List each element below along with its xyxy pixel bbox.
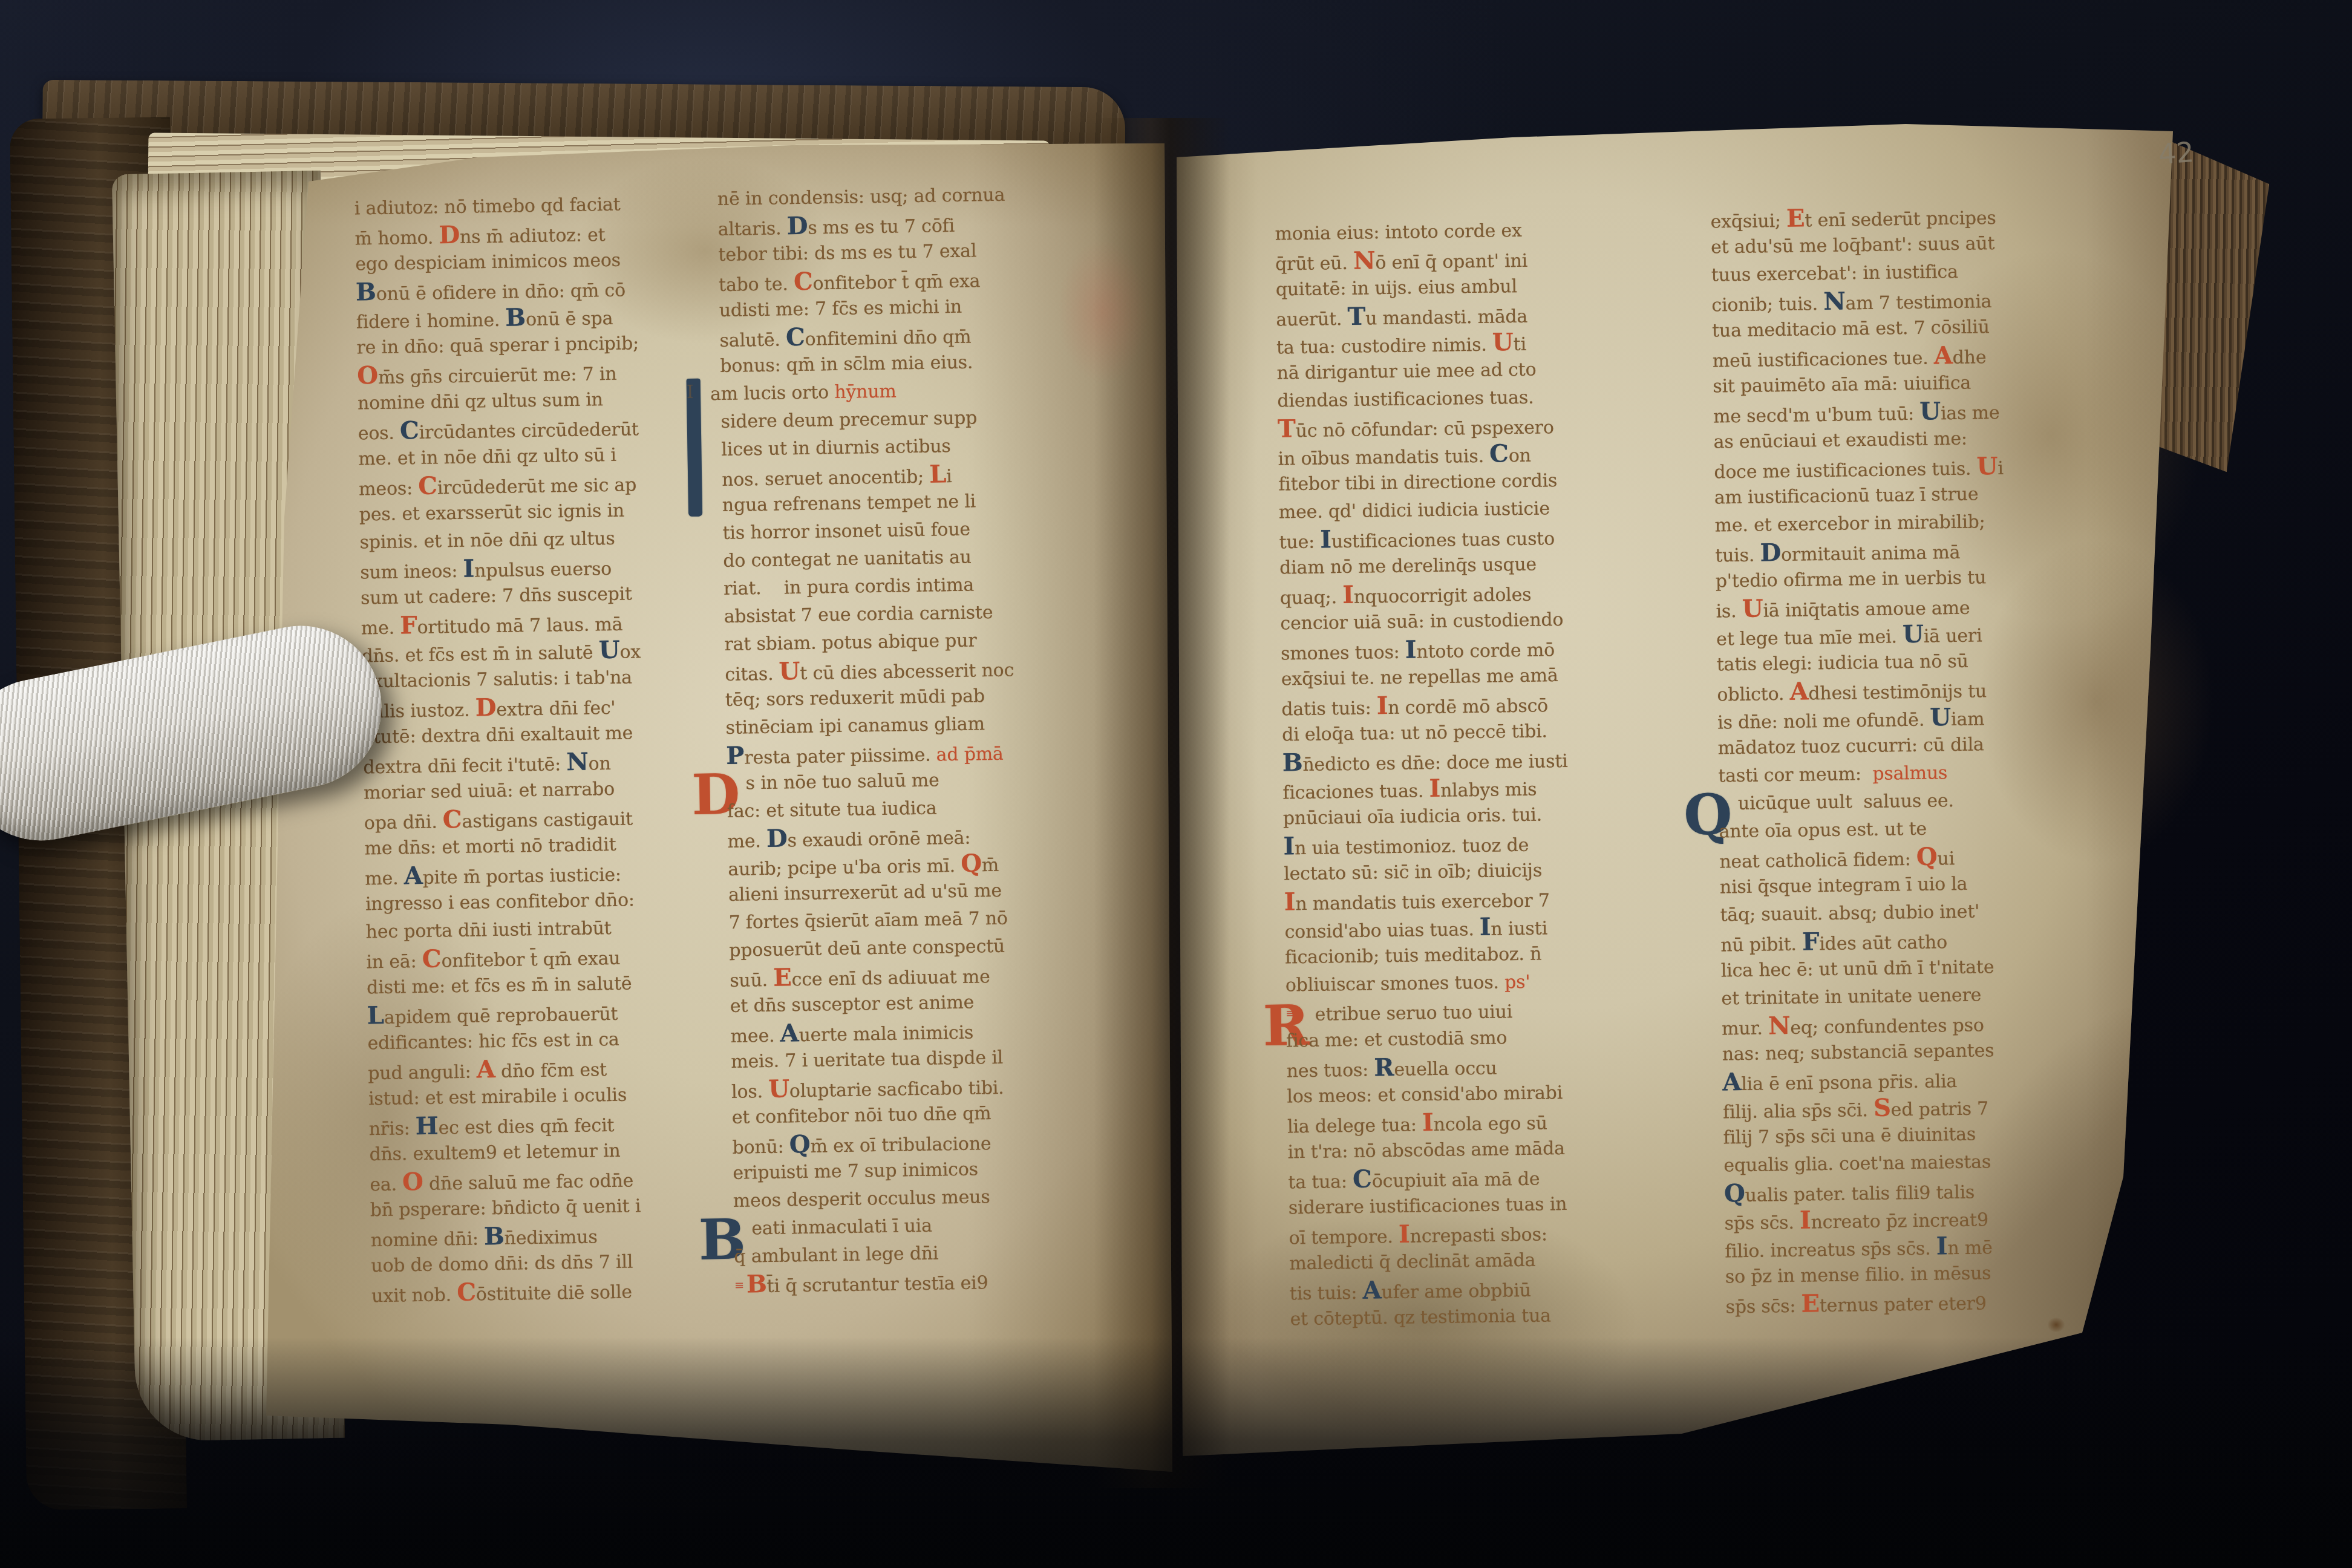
text-run: eati inmaculati ī uia (751, 1215, 932, 1240)
text-run: oī tempore. (1289, 1226, 1399, 1249)
text-run: mee. (730, 1025, 780, 1047)
text-run: opa dn̄i. (364, 811, 443, 834)
text-run: dn̄s. et fc̄s est m̄ in salutē (361, 642, 599, 667)
text-run: ufer ame obpbiū (1381, 1280, 1531, 1303)
text-run: citas. (725, 664, 779, 685)
text-run: on (1509, 445, 1531, 467)
text-run: bonū: (732, 1136, 789, 1158)
text-run: iā iniq̄tatis amoue ame (1763, 598, 1970, 622)
text-run: ngua refrenans tempet ne li (722, 491, 976, 516)
versal-initial: R (1374, 1053, 1394, 1082)
versal-initial: Q (961, 849, 982, 878)
versal-initial: B (746, 1270, 767, 1299)
right-page-column-1: monia eius: intoto corde exq̄rūt eū. Nō … (1275, 215, 1681, 1334)
text-run: m̄ homo. (354, 227, 439, 249)
text-run: siderare iustificaciones tuas in (1289, 1194, 1567, 1218)
versal-initial: H (416, 1112, 439, 1141)
text-run: ternus pater eter9 (1820, 1293, 1987, 1316)
versal-initial: D (766, 824, 788, 853)
versal-initial: D (475, 693, 496, 722)
versal-initial: U (598, 636, 619, 665)
versal-initial: N (1823, 287, 1846, 316)
text-run: me. (727, 831, 766, 852)
text-run: alieni insurrexerūt ad u'sū me (728, 880, 1002, 906)
versal-initial: T (1347, 302, 1365, 331)
text-run: me. (365, 867, 404, 889)
versal-initial: C (418, 471, 437, 500)
versal-initial: A (1789, 677, 1808, 705)
text-run: iā ueri (1924, 625, 1982, 647)
text-run: pnūciaui oīa iudicia oris. tui. (1283, 805, 1542, 829)
text-run: ea. (370, 1174, 402, 1196)
text-run: exultacionis 7 salutis: i tab'na (362, 667, 632, 692)
text-run: nisi q̄sque integram ī uio la (1720, 874, 1968, 898)
versal-initial: I (1429, 774, 1440, 803)
versal-initial: C (1353, 1165, 1372, 1194)
text-run: n̄ediximus (504, 1226, 597, 1249)
text-run: los meos: et consid'abo mirabi (1287, 1082, 1563, 1107)
text-run: absistat 7 eue cordia carniste (724, 602, 993, 627)
text-run: ustificaciones tuas custo (1331, 528, 1555, 552)
text-run: monia eius: intoto corde ex (1275, 220, 1522, 245)
versal-initial: E (1801, 1289, 1820, 1318)
text-run: i (1998, 458, 2004, 479)
text-run: filio. increatus sp̄s sc̄s. (1725, 1238, 1936, 1263)
text-run: ircūdantes circūdederūt (419, 419, 639, 443)
text-run: ortitudo mā 7 laus. mā (417, 614, 622, 638)
versal-initial: C (457, 1278, 476, 1307)
text-run: exq̄siui; (1710, 211, 1786, 233)
text-run: tuis. (1715, 545, 1760, 567)
versal-initial: Q (1916, 842, 1937, 871)
text-run: stinēciam ipi canamus gliam (725, 713, 985, 739)
text-run: cionib; tuis. (1711, 293, 1823, 316)
text-run: nas: neq; substanciā sepantes (1722, 1040, 1994, 1065)
text-run: ego despiciam inimicos meos (355, 250, 621, 275)
text-run: uob de domo dn̄i: ds dn̄s 7 ill (371, 1252, 633, 1277)
text-run: do contegat ne uanitatis au (723, 547, 972, 572)
text-run: apidem quē reprobauerūt (384, 1004, 618, 1028)
text-run: dn̄s. exultem9 et letemur in (369, 1140, 621, 1166)
versal-initial: U (779, 657, 800, 686)
text-run: ormitauit anima mā (1781, 542, 1961, 566)
versal-initial: I (1342, 581, 1354, 609)
text-run: nes tuos: (1287, 1059, 1374, 1082)
photo-scene: i adiutoz: nō timebo qd faciatm̄ homo. D… (0, 0, 2352, 1568)
text-run: tue: (1279, 532, 1320, 554)
text-run: nlabys mis (1440, 779, 1537, 802)
text-run: 7 fortes q̄sierūt aīam meā 7 nō (728, 908, 1008, 933)
rubric: ad p̄mā (936, 743, 1004, 766)
text-run: ox (619, 641, 641, 663)
text-run: ed patris 7 (1890, 1098, 1988, 1120)
text-run: et trinitate in unitate uenere (1721, 984, 1981, 1009)
text-run: moriar sed uiuā: et narrabo (364, 779, 615, 804)
text-run: me. et in nōe dn̄i qz ulto sū i (358, 445, 616, 470)
text-run: ūc nō cōfundar: cū pspexero (1295, 417, 1554, 442)
versal-initial: C (443, 805, 462, 834)
text-run: ides aūt catho (1819, 932, 1947, 955)
text-run: dextra dn̄i fecit i'tutē: (363, 754, 566, 778)
text-run: ui (1937, 848, 1955, 869)
text-run: sum ineos: (360, 561, 463, 584)
text-run: on (588, 753, 611, 775)
text-run: mur. (1722, 1018, 1768, 1039)
text-run: diendas iustificaciones tuas. (1277, 387, 1534, 412)
text-run: oluptarie sacficabo tibi. (789, 1077, 1004, 1102)
text-run: npulsus euerso (474, 558, 612, 582)
versal-initial: I (1480, 913, 1491, 941)
folio-number-pencil: 42 (2157, 136, 2195, 171)
text-run: smones tuos: (1281, 642, 1405, 665)
text-run: meis. 7 i ueritate tua dispde il (731, 1047, 1003, 1073)
left-page-column-2: nē in condensis: usq; ad cornuaaltaris. … (717, 180, 1119, 1299)
text-run: resta pater piissime. (744, 745, 936, 769)
text-run: auerūt. (1276, 309, 1348, 331)
text-run: quitatē: in uijs. eius ambul (1276, 276, 1518, 301)
text-run: tabo te. (719, 273, 794, 296)
versal-initial: B (356, 278, 376, 307)
text-run: nomine dn̄i: (370, 1228, 484, 1251)
text-run: ficaciones tuas. (1282, 780, 1429, 803)
versal-initial: N (1353, 246, 1376, 275)
text-run: m̄ ex oī tribulacione (810, 1133, 991, 1157)
versal-initial: A (1722, 1068, 1741, 1096)
text-line: sp̄s sc̄s: Eternus pater eter9 (1725, 1285, 2116, 1319)
text-run: spinis. et in nōe dn̄i qz ultus (359, 528, 615, 554)
text-run: onū ē ofidere in dn̄o: qm̄ cō (376, 280, 626, 305)
text-run: onū ē spa (526, 308, 613, 330)
versal-initial: U (1976, 452, 1998, 480)
text-run: p'tedio ofirma me in uerbis tu (1716, 567, 1987, 592)
versal-initial: I (1800, 1206, 1811, 1234)
text-run: et adu'sū me loq̄bant': suus aūt (1711, 233, 1995, 258)
text-run: ec est dies qm̄ fecit (438, 1115, 614, 1139)
text-run: me secd'm u'bum tuū: (1713, 403, 1920, 428)
versal-initial: D (786, 212, 808, 241)
text-run: am iustificacionū tuaz ī strue (1714, 483, 1979, 508)
text-run: n cordē mō abscō (1388, 695, 1548, 719)
text-run: eq; confundentes pso (1790, 1014, 1984, 1038)
text-run: ante oīa opus est. ut te (1719, 818, 1927, 843)
versal-initial: N (566, 748, 589, 777)
versal-initial: A (403, 861, 423, 890)
versal-initial: C (422, 944, 441, 973)
text-run: fac: et situte tua iudica (727, 798, 937, 822)
text-run: los. (731, 1081, 769, 1103)
text-run: doce me iustificaciones tuis. (1714, 458, 1977, 483)
versal-initial: Q (789, 1130, 810, 1159)
text-run: tēq; sors reduxerit mūdi pab (725, 685, 985, 711)
text-run: in oībus mandatis tuis. (1278, 446, 1489, 470)
right-page-column-2: exq̄siui; Et enī sederūt pncipeset adu's… (1710, 201, 2116, 1319)
rubric: psalmus (1872, 762, 1947, 785)
text-run: in t'ra: nō abscōdas ame māda (1287, 1138, 1565, 1163)
text-run: i adiutoz: nō timebo qd faciat (354, 194, 621, 220)
text-run: ta tua: (1288, 1171, 1353, 1193)
text-run: ti (1513, 334, 1526, 355)
text-run: istud: et est mirabile i oculis (368, 1085, 627, 1110)
text-run: riat. in pura cordis intima (724, 575, 975, 600)
text-run: et lege tua mīe mei. (1716, 626, 1903, 650)
versal-initial: L (367, 1001, 385, 1030)
versal-initial: C (1489, 439, 1509, 468)
text-run: sp̄s sc̄s. (1724, 1212, 1800, 1235)
text-run: lices ut in diurnis actibus (721, 436, 951, 460)
text-run: ias me (1941, 402, 2000, 424)
text-run: altaris. (717, 218, 787, 240)
text-run: udisti me: 7 fc̄s es michi in (719, 296, 962, 321)
text-run: nū pibit. (1720, 934, 1802, 956)
text-run: consid'abo uias tuas. (1284, 919, 1480, 942)
text-run: tis horror insonet uisū foue (722, 519, 970, 544)
versal-initial: C (400, 416, 419, 445)
text-run: ōstituite diē solle (476, 1282, 633, 1305)
text-run: oblicto. (1717, 684, 1790, 706)
text-run: ō enī q̄ opant' ini (1375, 250, 1527, 274)
text-run: quaq;. (1280, 587, 1343, 609)
text-line: et cōteptū. qz testimonia tua (1290, 1300, 1681, 1333)
versal-initial: U (1903, 620, 1924, 648)
text-run: q̄ ambulant in lege dn̄i (734, 1243, 939, 1267)
versal-initial: D (1760, 538, 1781, 567)
versal-initial: I (1320, 525, 1331, 554)
text-run: pud anguli: (368, 1062, 477, 1085)
text-run: uxit nob. (371, 1284, 457, 1307)
text-run: ficacionib; tuis meditaboz. n̄ (1285, 944, 1542, 969)
text-run: fidere i homine. (356, 310, 506, 333)
text-run: bn̄ psperare: bn̄dicto q̄ uenit i (370, 1195, 641, 1221)
text-run: sit pauimēto aīa mā: uiuifica (1713, 373, 1971, 397)
versal-initial: Q (1724, 1179, 1745, 1207)
text-run: neat catholicā fidem: (1719, 849, 1916, 873)
versal-initial: O (402, 1168, 423, 1197)
text-run: lica hec ē: ut unū dm̄ ī t'nitate (1721, 956, 1994, 981)
versal-initial: B (484, 1222, 505, 1251)
versal-initial: B (1282, 748, 1302, 777)
versal-initial: D (439, 221, 460, 250)
text-run: bonus: qm̄ in sc̄lm mia eius. (720, 351, 973, 377)
text-run: n̄edicto es dn̄e: doce me iusti (1302, 751, 1568, 776)
versal-initial: U (768, 1074, 789, 1103)
penwork-flourish: ≡ (734, 1279, 743, 1292)
text-run: aurib; pcipe u'ba oris mī. (728, 855, 961, 880)
text-run: tebor tibi: ds ms es tu 7 exal (718, 240, 976, 266)
text-run: mādatoz tuoz cucurri: cū dila (1717, 734, 1984, 759)
text-run: uerte mala inimicis (799, 1022, 973, 1047)
text-run: dhe (1952, 347, 1986, 368)
versal-initial: L (929, 460, 947, 488)
left-page-column-1: i adiutoz: nō timebo qd faciatm̄ homo. D… (354, 190, 714, 1308)
text-run: lectato sū: sic̄ in oīb; diuicijs (1284, 860, 1542, 885)
text-run: re in dn̄o: quā sperar i pncipib; (356, 333, 639, 358)
text-run: pposuerūt deū ante conspectū (729, 936, 1005, 961)
rubric: hȳnum (834, 381, 897, 403)
text-run: t̄i q̄ scrutantur testīa ei9 (766, 1272, 988, 1297)
text-run: onfitemini dn̄o qm̄ (805, 327, 971, 350)
text-run: cce enī ds adiuuat me (791, 966, 990, 990)
text-run: ncreato p̄z increat9 (1811, 1209, 1988, 1233)
versal-initial: E (1786, 204, 1805, 232)
versal-initial: U (1742, 594, 1763, 622)
text-run: pes. et exarsserūt sic ignis in (359, 500, 625, 526)
text-run: onfitebor t̄ qm̄ exau (441, 948, 620, 972)
versal-initial: A (1362, 1276, 1381, 1304)
text-run: eos. (358, 422, 400, 444)
text-run: m̄s gn̄s circuierūt me: 7 in (378, 364, 617, 388)
versal-initial: I (1284, 887, 1296, 916)
text-run: as enūciaui et exaudisti me: (1713, 428, 1967, 453)
text-run: ircūdederūt me sic ap (437, 474, 637, 498)
text-run: nr̄is: (369, 1118, 416, 1140)
text-run: me. (361, 617, 400, 639)
text-line: uxit nob. Cōstituite diē solle (371, 1275, 714, 1308)
text-run: lia delege tua: (1287, 1114, 1423, 1137)
versal-initial: U (1492, 328, 1514, 356)
text-run: filij 7 sp̄s sc̄i una ē diuinitas (1723, 1124, 1976, 1149)
text-run: euella occu (1394, 1058, 1497, 1080)
text-run: maledicti q̄ declināt amāda (1289, 1250, 1536, 1275)
versal-initial: F (400, 611, 417, 639)
text-run: pite m̄ portas iusticie: (422, 864, 621, 889)
text-run: et confitebor nōi tuo dn̄e qm̄ (732, 1103, 991, 1128)
text-run: dn̄e saluū me fac odn̄e (423, 1171, 634, 1195)
versal-initial: S (1873, 1094, 1891, 1122)
versal-initial: A (476, 1055, 495, 1083)
illuminated-initial: I (687, 379, 703, 517)
text-run: ncrepasti sbos: (1410, 1224, 1547, 1247)
text-run: nquocorrigit adoles (1354, 584, 1532, 608)
text-run: me dn̄s: et morti nō tradidit (364, 834, 616, 860)
text-run: ingresso i eas confitebor dn̄o: (365, 889, 635, 915)
text-run: s ms es tu 7 cōfi (808, 215, 955, 239)
text-run: tāq; suauit. absq; dubio inet' (1720, 901, 1979, 926)
text-run: ōcupiuit aīa mā de (1372, 1169, 1540, 1192)
text-run: sp̄s sc̄s: (1725, 1296, 1801, 1318)
text-run: u mandasti. māda (1365, 306, 1527, 330)
versal-initial: I (1399, 1220, 1410, 1249)
text-run: extra dn̄i fec' (496, 697, 616, 720)
text-run: iam (1951, 708, 1985, 730)
versal-initial: T (1278, 414, 1296, 443)
text-run: me. et exercebor in mirabilib; (1714, 511, 1985, 536)
text-run: tis tuis: (1290, 1282, 1363, 1305)
text-run: nā dirigantur uie mee ad cto (1276, 359, 1536, 384)
versal-initial: U (1919, 397, 1941, 425)
text-run: q̄rūt eū. (1275, 253, 1353, 275)
versal-initial: I (463, 555, 474, 583)
text-run: am lucis orto (710, 382, 835, 405)
text-run: n mē (1947, 1237, 1993, 1259)
text-run: n mandatis tuis exercebor 7 (1295, 890, 1550, 915)
versal-initial: C (794, 267, 813, 296)
text-run: eripuisti me 7 sup inimicos (733, 1159, 978, 1184)
text-run: sidere deum precemur supp (720, 407, 977, 433)
text-run: et cōteptū. qz testimonia tua (1290, 1305, 1551, 1330)
versal-initial: O (357, 361, 378, 390)
versal-initial: U (1930, 703, 1951, 731)
text-run: diam nō me derelinq̄s usque (1279, 554, 1537, 579)
text-run: obliuiscar smones tuos. (1285, 972, 1505, 996)
text-run: exq̄siui te. ne repellas me amā (1281, 665, 1558, 690)
text-run: equalis glia. coet'na maiestas (1723, 1151, 1991, 1176)
text-run: ncola ego sū (1433, 1112, 1547, 1135)
text-run: is. (1716, 601, 1742, 622)
text-run: tuus exercebat': in iustifica (1711, 261, 1958, 286)
versal-initial: I (1422, 1108, 1434, 1137)
text-run: is dn̄e: noli me ofundē. (1717, 710, 1930, 734)
rubric: ps' (1504, 972, 1530, 993)
text-run: astigans castigauit (462, 808, 633, 832)
text-run: mee. qd' didici iudicia iusticie (1279, 498, 1550, 523)
versal-initial: I (1376, 691, 1388, 720)
text-run: meos: (359, 478, 419, 500)
text-run: sum ut cadere: 7 dn̄s suscepit (361, 583, 632, 609)
text-run: onfitebor t̄ qm̄ exa (812, 270, 980, 294)
text-run: ntoto corde mō (1416, 639, 1555, 662)
text-run: fitebor tibi in directione cordis (1278, 470, 1557, 495)
text-run: nē in condensis: usq; ad cornua (717, 185, 1005, 210)
text-run: salutē. (719, 329, 786, 351)
text-run: m̄ (982, 855, 999, 876)
text-run: cencior uiā suā: in custodiendo (1280, 609, 1563, 635)
versal-initial: I (1283, 832, 1295, 860)
text-run: meū iustificaciones tue. (1713, 347, 1935, 371)
text-run: edificantes: hic fc̄s est in ca (367, 1029, 619, 1054)
versal-initial: F (1802, 927, 1820, 956)
text-run: s in nōe tuo saluū me (745, 769, 939, 794)
text-run: n iusti (1491, 918, 1547, 939)
text-run: uicūque uult saluus ee. (1738, 790, 1954, 814)
text-run: dn̄o fc̄m est (495, 1059, 607, 1082)
text-run: suū. (730, 970, 774, 991)
text-run: i (946, 466, 952, 487)
text-run: ns m̄ adiutoz: et (460, 224, 606, 248)
text-run: meos desperit occulus meus (733, 1186, 990, 1212)
versal-initial: A (1933, 341, 1952, 370)
text-run: nos. seruet anocentib; (722, 466, 930, 491)
text-run: tua meditacio mā est. 7 cōsiliū (1712, 316, 1990, 341)
versal-initial: E (773, 963, 792, 991)
versal-initial: C (786, 323, 805, 351)
text-run: i'tutē: dextra dn̄i exaltauit me (362, 722, 633, 748)
versal-initial: I (1405, 635, 1417, 664)
text-run: t cū dies abcesserit noc (800, 659, 1014, 684)
text-run: fica me: et custodiā smo (1286, 1027, 1508, 1051)
versal-initial: A (780, 1019, 799, 1047)
text-run: n uia testimonioz. tuoz de (1295, 835, 1529, 859)
text-run: ualis pater. talis fili9 talis (1745, 1182, 1975, 1206)
text-run: nomine dn̄i qz ultus sum in (358, 389, 603, 414)
versal-initial: N (1768, 1011, 1791, 1040)
text-run: lia ē enī psona pr̄is. alia (1741, 1071, 1957, 1095)
text-run: ta tua: custodire nimis. (1276, 335, 1492, 359)
versal-initial: I (1936, 1232, 1947, 1260)
text-run: so p̄z in mense filio. in mēsus (1725, 1263, 1991, 1287)
text-run: et dn̄s susceptor est anime (730, 992, 975, 1017)
text-run: tasti cor meum: (1718, 763, 1872, 787)
text-run: disti me: et fc̄s es m̄ in salutē (367, 973, 632, 999)
text-run: tatis elegi: iudicia tua nō sū (1717, 651, 1968, 676)
text-run: s exaudi orōnē meā: (787, 828, 970, 852)
text-run: dhesi testimōnijs tu (1808, 681, 1987, 704)
text-run: t enī sederūt pncipes (1805, 207, 1996, 231)
text-run: di eloq̄a tua: ut nō peccē tibi. (1282, 720, 1547, 745)
text-run: rat sbiam. potus abique pur (724, 630, 976, 655)
versal-initial: B (505, 303, 526, 332)
text-run: etribue seruo tuo uiui (1315, 1001, 1512, 1025)
text-run: hec porta dn̄i iusti intrabūt (365, 918, 611, 942)
